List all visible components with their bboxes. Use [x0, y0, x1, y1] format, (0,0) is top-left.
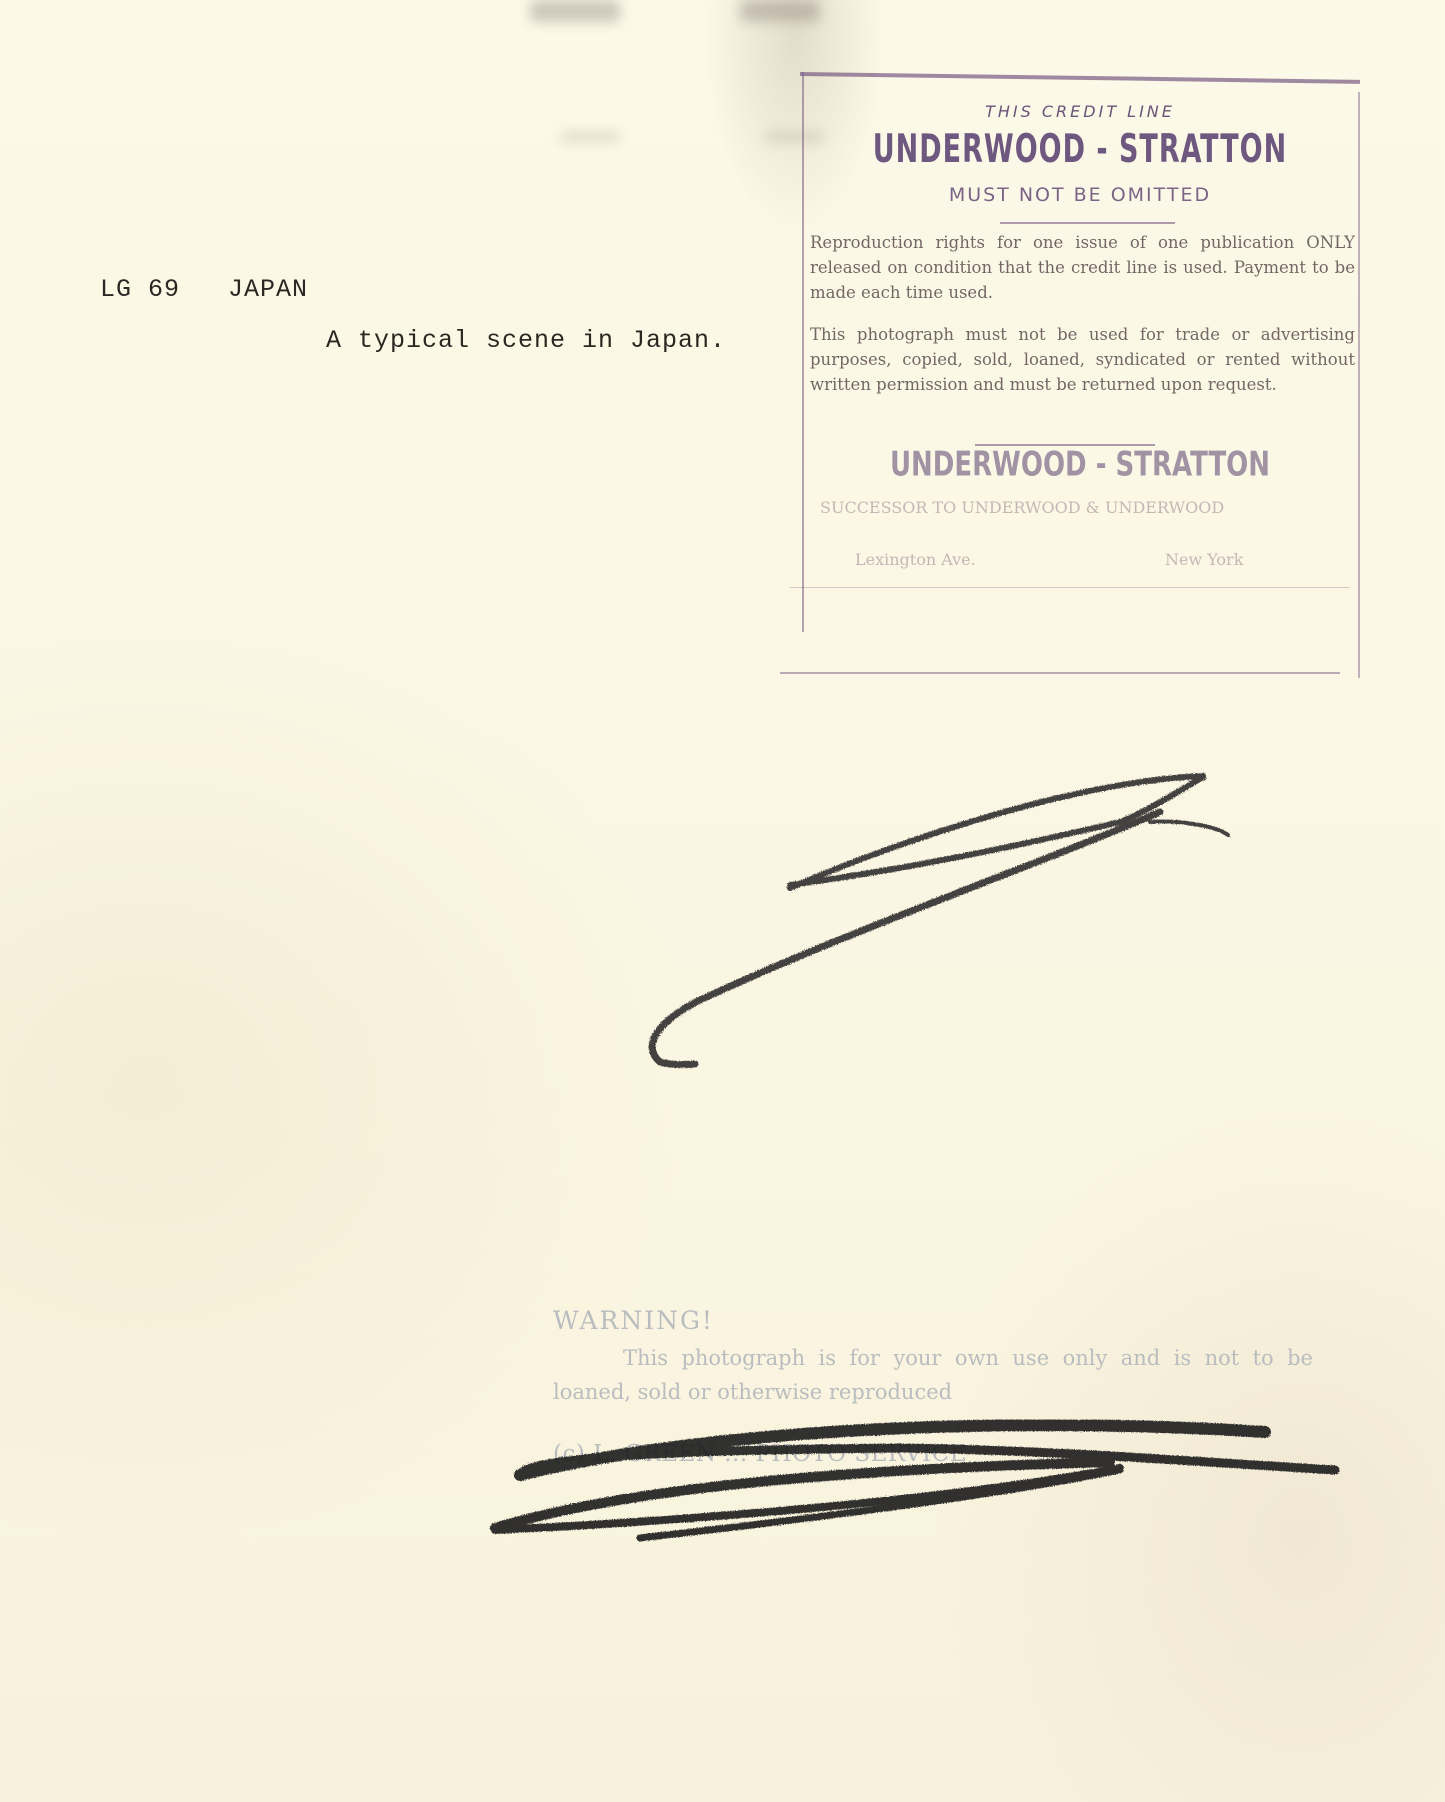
pencil-scribble-lower	[0, 0, 1445, 1802]
